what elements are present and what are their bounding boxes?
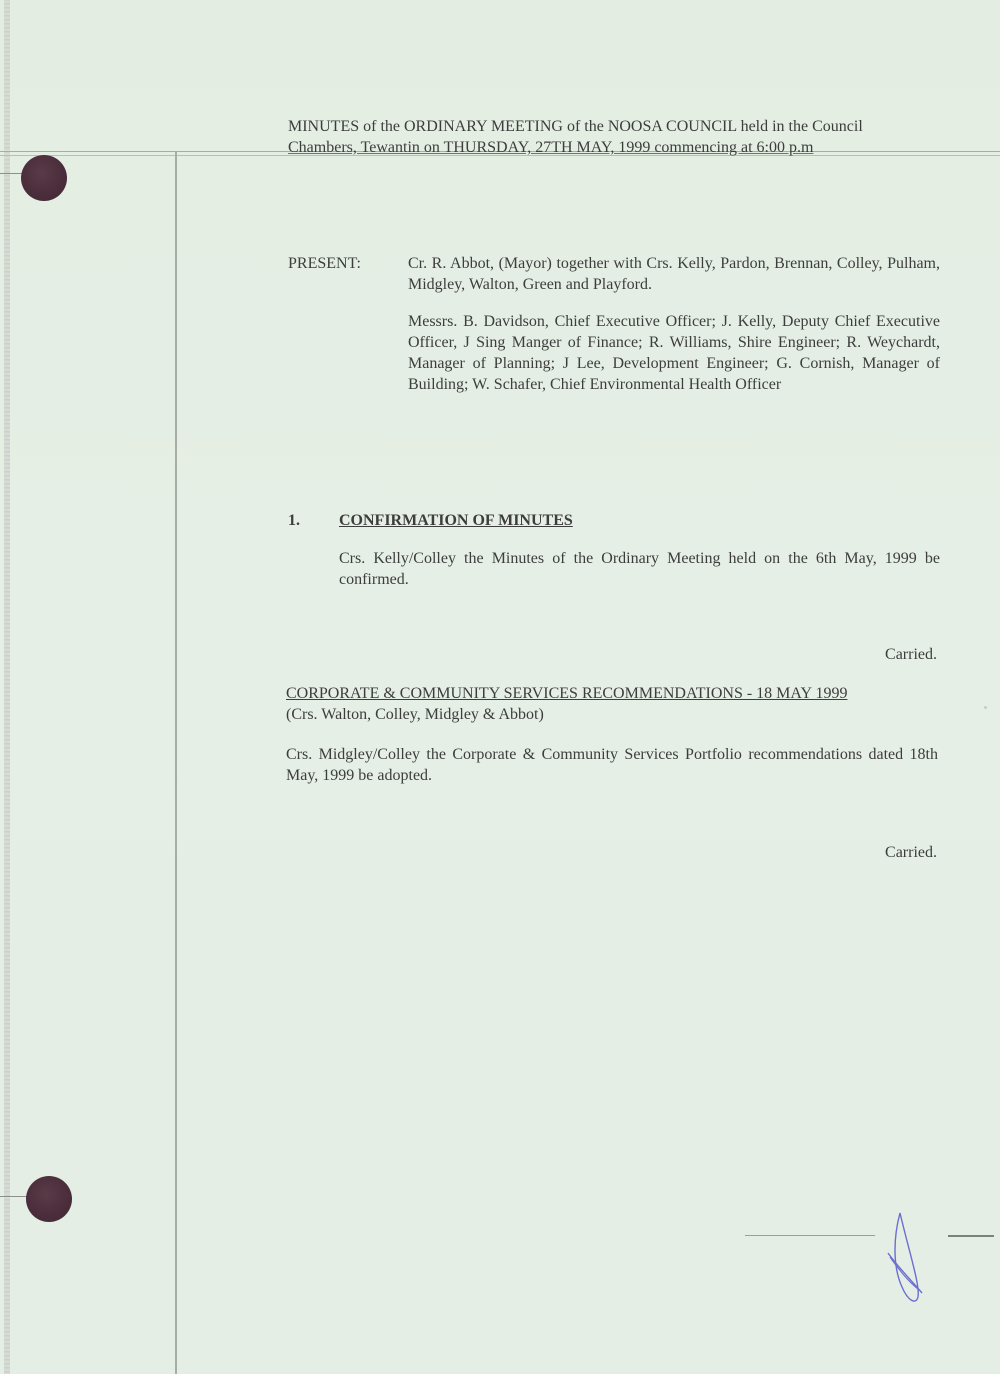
section-2-members: (Crs. Walton, Colley, Midgley & Abbot) — [286, 704, 544, 725]
title-line-2: Chambers, Tewantin on THURSDAY, 27TH MAY… — [288, 139, 813, 156]
section-1-heading: CONFIRMATION OF MINUTES — [339, 510, 573, 531]
document-title: MINUTES of the ORDINARY MEETING of the N… — [288, 116, 940, 158]
present-label: PRESENT: — [288, 253, 361, 274]
signature-initials-icon — [880, 1205, 960, 1315]
section-1-motion: Crs. Kelly/Colley the Minutes of the Ord… — [339, 548, 940, 590]
present-councillors: Cr. R. Abbot, (Mayor) together with Crs.… — [408, 253, 940, 295]
hole-mark-top — [0, 173, 22, 174]
scan-edge — [4, 0, 10, 1374]
hole-mark-bottom — [0, 1196, 27, 1197]
scan-speck — [984, 706, 987, 709]
section-2-result: Carried. — [800, 842, 937, 863]
title-line-1: MINUTES of the ORDINARY MEETING of the N… — [288, 118, 863, 135]
signature-line-left — [745, 1235, 875, 1236]
section-1-result: Carried. — [800, 644, 937, 665]
binding-hole-bottom — [26, 1176, 72, 1222]
document-page: MINUTES of the ORDINARY MEETING of the N… — [0, 0, 1000, 1374]
present-staff: Messrs. B. Davidson, Chief Executive Off… — [408, 311, 940, 395]
section-1-number: 1. — [288, 510, 300, 531]
section-2-motion: Crs. Midgley/Colley the Corporate & Comm… — [286, 744, 938, 786]
section-2-heading: CORPORATE & COMMUNITY SERVICES RECOMMEND… — [286, 683, 847, 704]
binding-hole-top — [21, 155, 67, 201]
margin-line — [175, 152, 177, 1374]
